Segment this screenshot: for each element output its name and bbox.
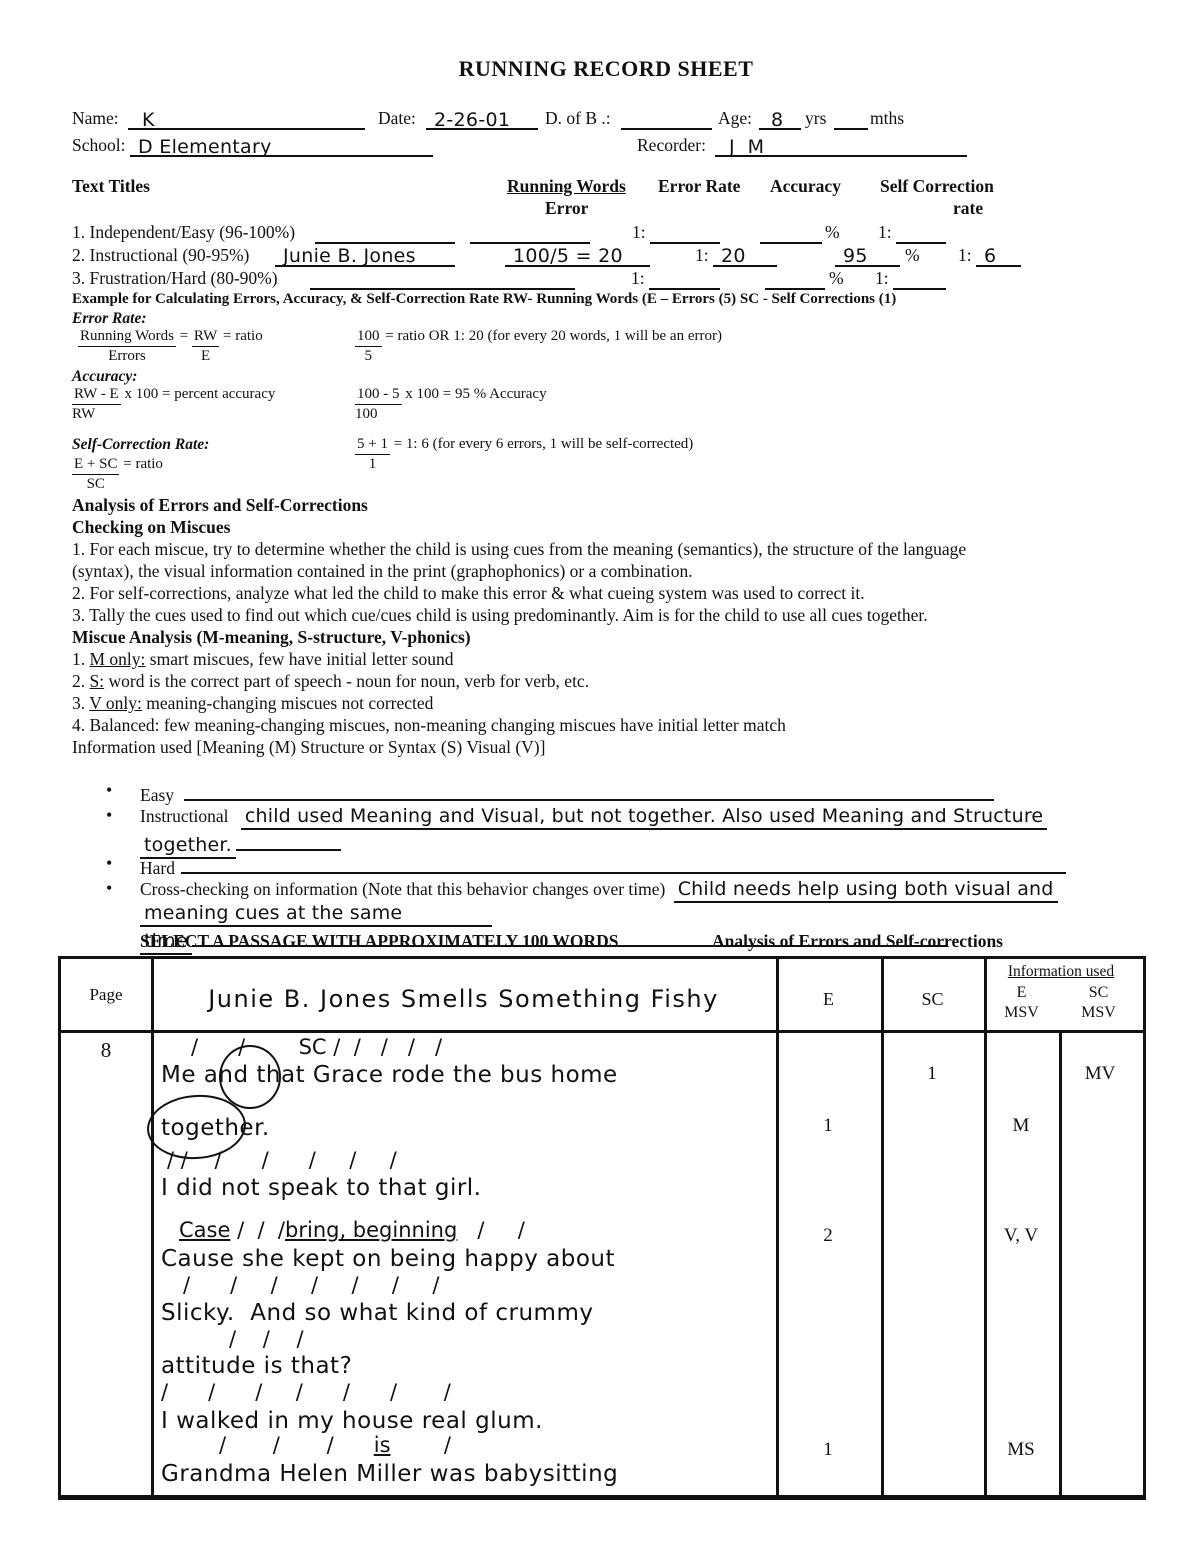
information-used-header: Information used: [984, 963, 1138, 981]
frac-den: 100: [355, 405, 402, 423]
accuracy-row: RW - ERW x 100 = percent accuracy 100 - …: [72, 386, 1140, 426]
frac-100-minus-5: 100 - 5100: [355, 386, 402, 423]
row2-accuracy-field: 95: [835, 246, 900, 267]
frac-den: E: [192, 347, 219, 365]
e-msv-row8: MS: [991, 1439, 1051, 1461]
frac-den: Errors: [78, 347, 176, 365]
row2-errorrate-field: 20: [713, 246, 777, 267]
school-value: D Elementary: [138, 136, 272, 158]
item-number: 2.: [72, 671, 90, 691]
text-titles-row-independent: 1. Independent/Easy (96-100%) 1: % 1:: [72, 222, 1140, 245]
miscue-circle-and-that: [219, 1045, 281, 1109]
info-sc-msv-header: MSV: [1059, 1004, 1138, 1022]
ticks: / /: [457, 1218, 525, 1242]
analysis-section: Analysis of Errors and Self-Corrections …: [72, 494, 1140, 758]
text-titles-row-instructional: 2. Instructional (90-95%) Junie B. Jones…: [72, 245, 1140, 268]
text-titles-header: Text Titles Running Words Error Rate Acc…: [72, 176, 1140, 222]
table-divider: [984, 959, 987, 1495]
row2-sc-value: 6: [984, 245, 996, 267]
miscue-term: M only:: [90, 649, 146, 669]
e-msv-row2: M: [991, 1115, 1051, 1137]
frac-den: SC: [72, 475, 119, 493]
error-rate-example-text: = ratio OR 1: 20 (for every 20 words, 1 …: [385, 328, 722, 344]
info-e-header: E: [984, 984, 1059, 1002]
miscue-item-2: 2. S: word is the correct part of speech…: [72, 670, 1140, 692]
error-rate-example: 1005 = ratio OR 1: 20 (for every 20 word…: [355, 328, 722, 365]
e-count-row4: 2: [798, 1225, 858, 1247]
accuracy-example: 100 - 5100 x 100 = 95 % Accuracy: [355, 386, 547, 423]
row2-title-value: Junie B. Jones: [283, 245, 416, 267]
e-msv-row4: V, V: [991, 1225, 1051, 1247]
row3-errorrate-field: [649, 269, 720, 290]
row1-accuracy-field: [760, 223, 822, 244]
instructional-extra-line: [236, 830, 341, 851]
example-section: Example for Calculating Errors, Accuracy…: [72, 291, 1140, 494]
row1-errorrate-field: [650, 223, 720, 244]
frac-100-5: 1005: [355, 328, 382, 365]
item-number: 1.: [72, 649, 90, 669]
row2-rw-field: 100/5 = 20: [505, 246, 650, 267]
cross-checking-note-line2: meaning cues at the same: [140, 902, 492, 927]
accuracy-example-text: x 100 = 95 % Accuracy: [405, 386, 546, 402]
name-field: K: [128, 109, 365, 130]
cross-checking-note-line1: Child needs help using both visual and: [674, 878, 1058, 903]
easy-field: [184, 780, 994, 801]
row1-sc-prefix: 1:: [878, 222, 892, 243]
e-count-row8: 1: [798, 1439, 858, 1461]
frac-5-plus-1: 5 + 11: [355, 436, 390, 473]
row3-label: 3. Frustration/Hard (80-90%): [72, 268, 278, 289]
name-label: Name:: [72, 108, 119, 129]
self-correction-example: 5 + 11 = 1: 6 (for every 6 errors, 1 wil…: [355, 436, 693, 473]
recorder-field: J M: [715, 136, 967, 157]
row1-rw-field: [470, 223, 590, 244]
row3-sc-prefix: 1:: [875, 268, 889, 289]
miscue-term: S:: [90, 671, 105, 691]
age-field: 8: [759, 109, 801, 130]
tick-row-5: / / / / / / /: [183, 1273, 439, 1297]
item-number: 3.: [72, 693, 89, 713]
row3-title-field: [310, 269, 575, 290]
row2-label: 2. Instructional (90-95%): [72, 245, 249, 266]
frac-num: 5 + 1: [355, 436, 390, 455]
row2-errorrate-value: 20: [721, 245, 746, 267]
date-label: Date:: [378, 108, 416, 129]
substitution-word: Case: [179, 1218, 230, 1242]
passage-line-4: Cause she kept on being happy about: [161, 1246, 615, 1272]
mths-label: mths: [870, 108, 904, 129]
tick-row-6: / / /: [229, 1327, 304, 1351]
running-record-sheet: RUNNING RECORD SHEET Name: K Date: 2-26-…: [0, 0, 1200, 1553]
form-content: RUNNING RECORD SHEET Name: K Date: 2-26-…: [72, 50, 1140, 950]
row1-label: 1. Independent/Easy (96-100%): [72, 222, 295, 243]
school-label: School:: [72, 135, 125, 156]
info-e-msv-header: MSV: [984, 1004, 1059, 1022]
dob-field: [621, 109, 712, 130]
instructional-note-line1: child used Meaning and Visual, but not t…: [241, 805, 1047, 830]
col-error-rate: Error Rate: [658, 176, 740, 197]
analysis-errors-heading: Analysis of Errors and Self-corrections: [712, 931, 1003, 952]
row3-pct: %: [829, 268, 844, 289]
analysis-item-1a: 1. For each miscue, try to determine whe…: [72, 538, 1140, 560]
hard-field: [181, 853, 1066, 874]
col-self-correction: Self Correction: [880, 176, 994, 197]
frac-num: 100 - 5: [355, 386, 402, 405]
analysis-item-1b: (syntax), the visual information contain…: [72, 560, 1140, 582]
date-field: 2-26-01: [426, 109, 538, 130]
frac-num: 100: [355, 328, 382, 347]
miscue-text: word is the correct part of speech - nou…: [104, 671, 589, 691]
frac-running-words: Running WordsErrors: [78, 328, 176, 365]
row1-title-field: [315, 223, 455, 244]
analysis-item-2: 2. For self-corrections, analyze what le…: [72, 582, 1140, 604]
cross-checking-label: Cross-checking on information (Note that…: [140, 879, 665, 899]
ticks: / / /: [219, 1433, 374, 1457]
miscue-item-1: 1. M only: smart miscues, few have initi…: [72, 648, 1140, 670]
info-sc-header: SC: [1059, 984, 1138, 1002]
row2-accuracy-value: 95: [843, 245, 868, 267]
instructional-continuation: together.: [72, 830, 1140, 853]
table-subdivider: [1059, 1030, 1062, 1495]
row1-ratio-prefix: 1:: [632, 222, 646, 243]
age-value: 8: [771, 109, 783, 131]
age-label: Age:: [718, 108, 752, 129]
analysis-item-3: 3. Tally the cues used to find out which…: [72, 604, 1140, 626]
row2-title-field: Junie B. Jones: [275, 246, 455, 267]
name-value: K: [142, 109, 155, 131]
error-rate-label: Error Rate:: [72, 310, 1140, 328]
analysis-heading: Analysis of Errors and Self-Corrections: [72, 494, 1140, 516]
frac-den: 1: [355, 455, 390, 473]
row2-ratio-prefix: 1:: [695, 245, 709, 266]
tick-row-4: Case / / /bring, beginning / /: [179, 1218, 525, 1242]
header-divider: [61, 1030, 1143, 1033]
passage-line-6: attitude is that?: [161, 1353, 352, 1379]
ratio-suffix: = ratio: [123, 456, 163, 472]
easy-bullet: Easy: [72, 780, 1140, 805]
row3-accuracy-field: [765, 269, 825, 290]
self-corrections-column-header: SC: [881, 989, 984, 1010]
miscue-term: V only:: [89, 693, 142, 713]
page-column-header: Page: [61, 985, 151, 1005]
equals: =: [180, 328, 188, 344]
accuracy-formula-text: x 100 = percent accuracy: [124, 386, 275, 402]
passage-analysis-table: Page Junie B. Jones Smells Something Fis…: [58, 956, 1146, 1500]
accuracy-label: Accuracy:: [72, 368, 1140, 386]
accuracy-formula: RW - ERW x 100 = percent accuracy: [72, 386, 275, 423]
error-rate-formula: Running WordsErrors = RWE = ratio: [78, 328, 263, 365]
tick-row-7: / / / / / / /: [161, 1380, 451, 1404]
cross-checking-continuation-1: meaning cues at the same: [72, 902, 1140, 926]
row3-sc-field: [893, 269, 946, 290]
name-line: Name: K Date: 2-26-01 D. of B .: Age: 8 …: [72, 108, 1140, 135]
self-correction-label: Self-Correction Rate:: [72, 436, 209, 454]
miscue-text: smart miscues, few have initial letter s…: [145, 649, 453, 669]
school-line: School: D Elementary Recorder: J M: [72, 135, 1140, 162]
errors-column-header: E: [776, 989, 881, 1010]
substitution-word: is: [374, 1433, 391, 1457]
row2-pct: %: [905, 245, 920, 266]
easy-label: Easy: [140, 785, 174, 805]
frac-e-plus-sc: E + SCSC: [72, 456, 119, 493]
passage-line-8: Grandma Helen Miller was babysitting: [161, 1461, 618, 1487]
row2-sc-prefix: 1:: [958, 245, 972, 266]
row1-sc-field: [896, 223, 946, 244]
instructional-label: Instructional: [140, 806, 228, 826]
instructional-bullet: Instructional child used Meaning and Vis…: [72, 805, 1140, 830]
select-passage-heading: SELECT A PASSAGE WITH APPROXIMATELY 100 …: [140, 931, 618, 951]
col-accuracy: Accuracy: [770, 176, 841, 197]
miscue-analysis-heading: Miscue Analysis (M-meaning, S-structure,…: [72, 626, 1140, 648]
sc-count-row1: 1: [902, 1063, 962, 1085]
frac-den: 5: [355, 347, 382, 365]
ticks: /: [391, 1433, 451, 1457]
error-rate-row: Running WordsErrors = RWE = ratio 1005 =…: [72, 328, 1140, 368]
passage-title-header: Junie B. Jones Smells Something Fishy: [151, 985, 776, 1013]
self-correction-example-text: = 1: 6 (for every 6 errors, 1 will be se…: [394, 436, 694, 452]
observations: Easy Instructional child used Meaning an…: [72, 780, 1140, 950]
passage-line-7: I walked in my house real glum.: [161, 1408, 543, 1434]
information-used-line: Information used [Meaning (M) Structure …: [72, 736, 1140, 758]
recorder-label: Recorder:: [637, 135, 706, 156]
col-rate: rate: [953, 198, 983, 219]
document-title: RUNNING RECORD SHEET: [72, 56, 1140, 86]
row2-sc-field: 6: [976, 246, 1021, 267]
frac-den: RW: [72, 405, 121, 423]
cross-checking-bullet: Cross-checking on information (Note that…: [72, 878, 1140, 902]
tick-row-8: / / / is /: [219, 1433, 451, 1457]
frac-rw-minus-e: RW - ERW: [72, 386, 121, 423]
substitution-word: bring, beginning: [285, 1218, 457, 1242]
page-number: 8: [61, 1038, 151, 1063]
e-count-row2: 1: [798, 1115, 858, 1137]
miscue-text: meaning-changing miscues not corrected: [142, 693, 434, 713]
miscue-item-4: 4. Balanced: few meaning-changing miscue…: [72, 714, 1140, 736]
tick-row-3: / / / / / / /: [167, 1148, 397, 1172]
text-titles-row-frustration: 3. Frustration/Hard (80-90%) 1: % 1:: [72, 268, 1140, 291]
passage-line-5: Slicky. And so what kind of crummy: [161, 1300, 593, 1326]
passage-line-3: I did not speak to that girl.: [161, 1175, 482, 1201]
col-running-words: Running Words: [507, 176, 626, 197]
table-divider: [776, 959, 779, 1495]
frac-rw-e: RWE: [192, 328, 219, 365]
date-value: 2-26-01: [434, 109, 510, 131]
sc-msv-row1: MV: [1070, 1063, 1130, 1085]
school-field: D Elementary: [130, 136, 433, 157]
text-titles-heading: Text Titles: [72, 176, 150, 197]
frac-num: RW: [192, 328, 219, 347]
table-divider: [151, 959, 154, 1495]
frac-num: RW - E: [72, 386, 121, 405]
mths-field: [834, 109, 868, 130]
miscue-item-3: 3. V only: meaning-changing miscues not …: [72, 692, 1140, 714]
row1-pct: %: [825, 222, 840, 243]
recorder-value: J M: [729, 136, 764, 158]
hard-label: Hard: [140, 858, 175, 878]
yrs-label: yrs: [805, 108, 826, 129]
self-correction-block: Self-Correction Rate: 5 + 11 = 1: 6 (for…: [72, 436, 1140, 494]
ratio-suffix: = ratio: [223, 328, 263, 344]
hard-bullet: Hard: [72, 853, 1140, 878]
dob-label: D. of B .:: [545, 108, 611, 129]
row3-ratio-prefix: 1:: [631, 268, 645, 289]
example-heading: Example for Calculating Errors, Accuracy…: [72, 291, 1140, 310]
col-error: Error: [545, 198, 588, 219]
row2-rw-value: 100/5 = 20: [513, 245, 623, 267]
frac-num: Running Words: [78, 328, 176, 347]
checking-miscues-heading: Checking on Miscues: [72, 516, 1140, 538]
frac-num: E + SC: [72, 456, 119, 475]
self-correction-formula: E + SCSC = ratio: [72, 456, 163, 493]
ticks: / / /: [230, 1218, 285, 1242]
table-divider: [881, 959, 884, 1495]
select-passage-heading-row: SELECT A PASSAGE WITH APPROXIMATELY 100 …: [140, 931, 618, 952]
